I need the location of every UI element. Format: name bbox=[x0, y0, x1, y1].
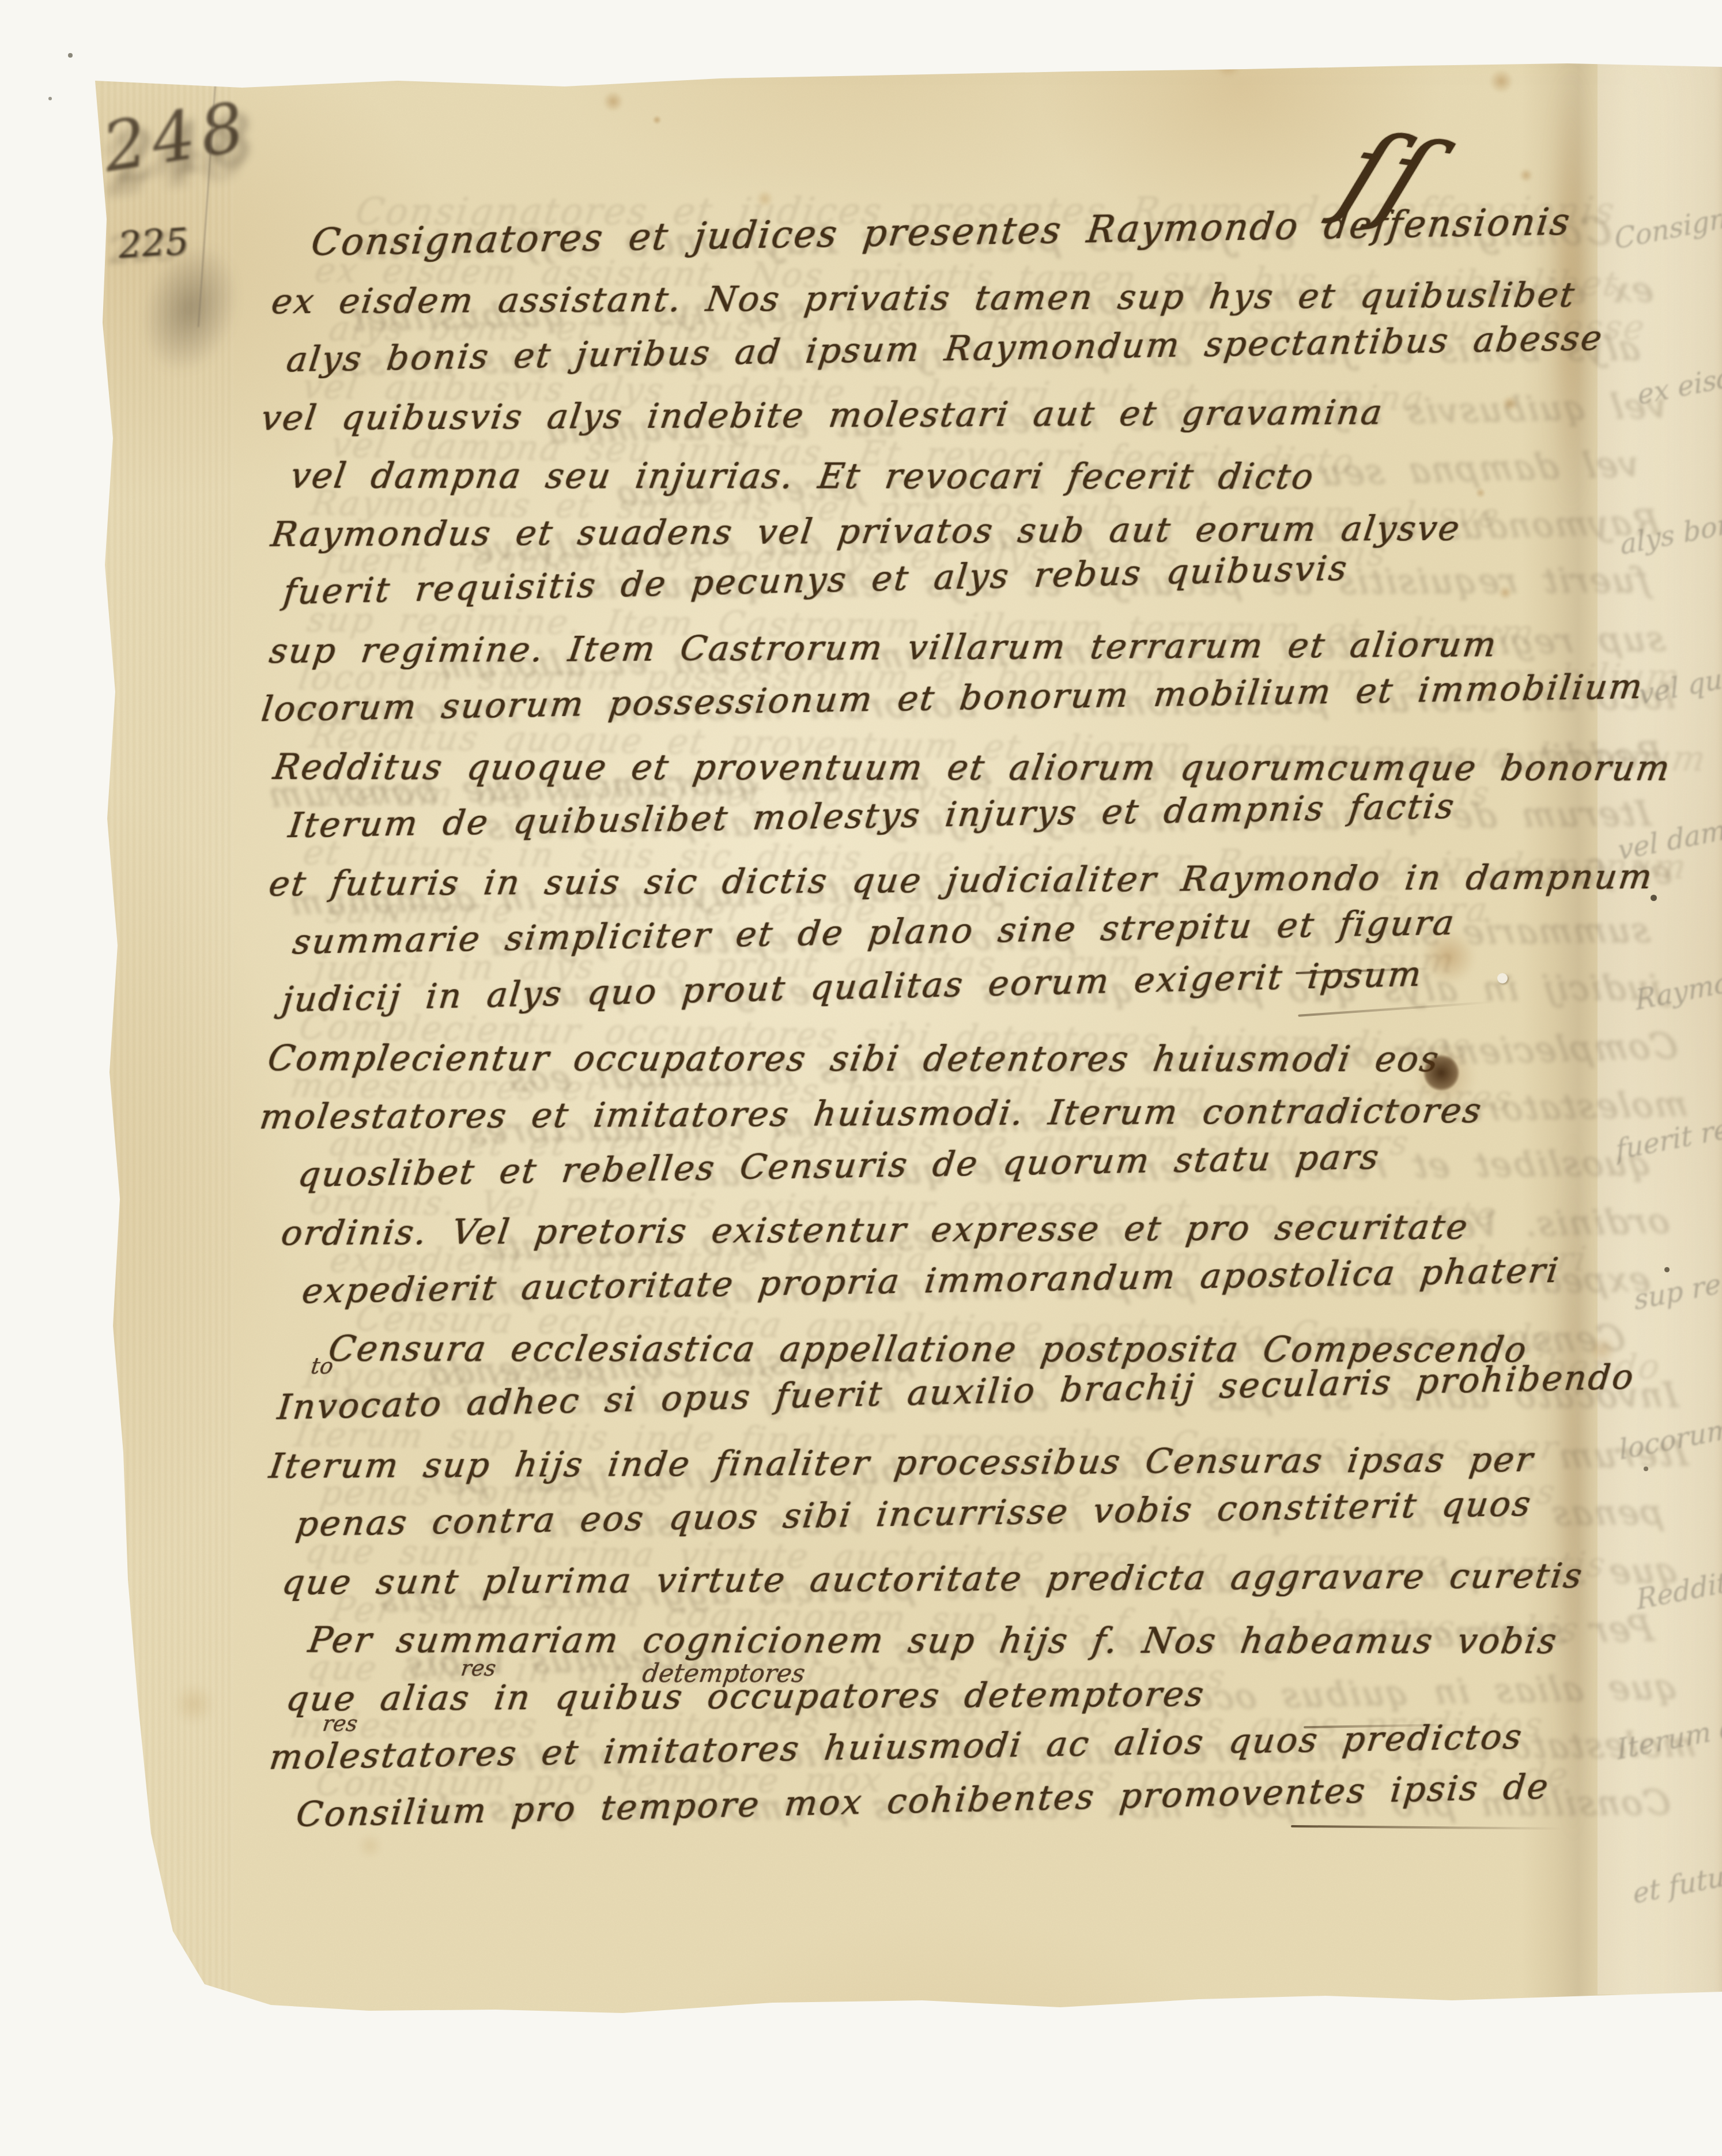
showthrough-fragment: Consignatores et judices presentes Raymo… bbox=[1613, 203, 1722, 256]
showthrough-fragment: fuerit requisitis de pecunys et alys reb… bbox=[1614, 1114, 1722, 1167]
manuscript-line: vel quibusvis alys indebite molestari au… bbox=[258, 382, 1665, 448]
interlinear-note: res bbox=[321, 1711, 359, 1736]
showthrough-fragment: vel quibusvis alys indebite molestari au… bbox=[1637, 658, 1722, 711]
manuscript-line: vel dampna seu injurias. Et revocari fec… bbox=[286, 447, 1665, 507]
scanner-speck bbox=[48, 97, 52, 100]
manuscript-text-block: Consignatores et judices presentes Raymo… bbox=[277, 200, 1676, 1845]
foxing-spot bbox=[603, 91, 624, 112]
showthrough-fragment: Iterum de quibuslibet molestys injurys e… bbox=[1615, 1713, 1722, 1766]
showthrough-fragment: Raymondus et suadens vel privatos sub au… bbox=[1634, 964, 1722, 1017]
scanner-background: Consignatores et judices presentes Raymo… bbox=[0, 0, 1722, 2156]
folio-number: 225 bbox=[117, 220, 190, 267]
interlinear-note: detemptores bbox=[640, 1659, 807, 1688]
interlinear-note: res bbox=[459, 1656, 497, 1681]
manuscript-page: Consignatores et judices presentes Raymo… bbox=[0, 0, 1722, 2156]
showthrough-fragment: locorum suorum possessionum et bonorum m… bbox=[1618, 1414, 1722, 1467]
manuscript-line: Complecientur occupatores sibi detentore… bbox=[263, 1030, 1671, 1089]
scanner-speck bbox=[68, 53, 73, 58]
foxing-spot bbox=[1215, 51, 1241, 77]
adjacent-folio-showthrough: Consignatores et judices presentes Raymo… bbox=[1598, 63, 1722, 1995]
showthrough-fragment: et futuris in suis sic dictis que judici… bbox=[1632, 1857, 1722, 1910]
showthrough-fragment: sup regimine. Item Castrorum villarum te… bbox=[1633, 1264, 1722, 1317]
showthrough-fragment: ex eisdem assistant. Nos privatis tamen … bbox=[1636, 359, 1722, 412]
manuscript-line: que sunt plurima virtute auctoritate pre… bbox=[278, 1546, 1677, 1612]
showthrough-fragment: alys bonis et juribus ad ipsum Raymondum… bbox=[1619, 508, 1722, 561]
manuscript-line: Per summariam cognicionem sup hijs f. No… bbox=[304, 1611, 1677, 1671]
interlinear-note: to bbox=[309, 1354, 335, 1379]
foxing-spot bbox=[1489, 69, 1513, 93]
foxing-spot bbox=[652, 115, 662, 125]
showthrough-fragment: Redditus quoque et proventuum et aliorum… bbox=[1635, 1563, 1722, 1616]
showthrough-fragment: vel dampna seu injurias. Et revocari fec… bbox=[1617, 814, 1722, 867]
